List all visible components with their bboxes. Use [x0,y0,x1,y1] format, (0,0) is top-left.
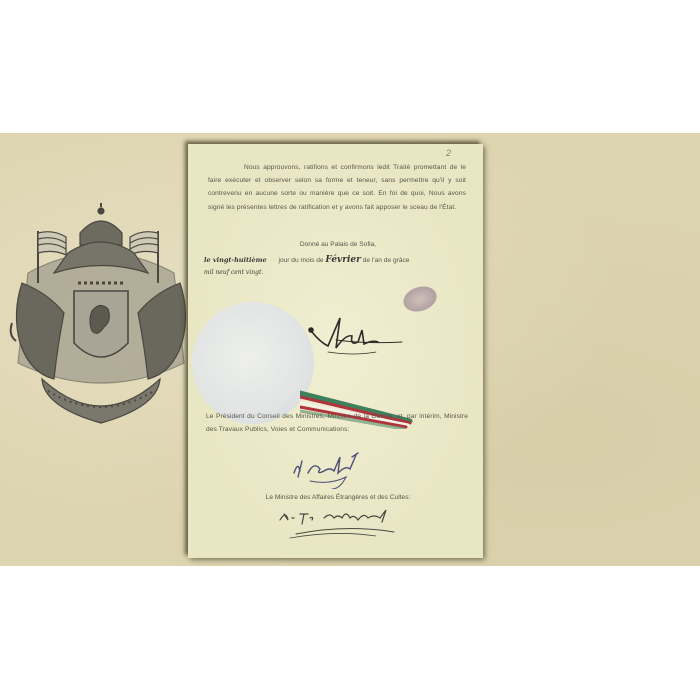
foreign-minister-title: Le Ministre des Affaires Étrangères et d… [188,494,488,501]
coat-of-arms-icon [8,203,194,427]
ratification-document: 2 Nous approuvons, ratifions et confirmo… [188,144,483,558]
prime-minister-title: Le Président du Conseil des Ministres, M… [206,410,468,436]
given-at-line: Donné au Palais de Sofia, [188,241,488,248]
date-line-end: de l'an de grâce [363,257,410,264]
ratification-paragraph: Nous approuvons, ratifions et confirmons… [208,161,466,214]
date-line: le vingt-huitième jour du mois de Févrie… [204,255,409,265]
page-mark: 2 [446,148,451,158]
handwritten-year: mil neuf cent vingt. [204,269,263,276]
state-seal [192,302,314,424]
handwritten-day: le vingt-huitième [204,256,267,264]
foreign-minister-signature [276,502,416,542]
king-signature [306,312,406,362]
ink-stamp-icon [400,282,440,315]
handwritten-month: Février [325,255,360,265]
prime-minister-signature [290,447,370,489]
date-line-middle: jour du mois de [278,257,323,264]
